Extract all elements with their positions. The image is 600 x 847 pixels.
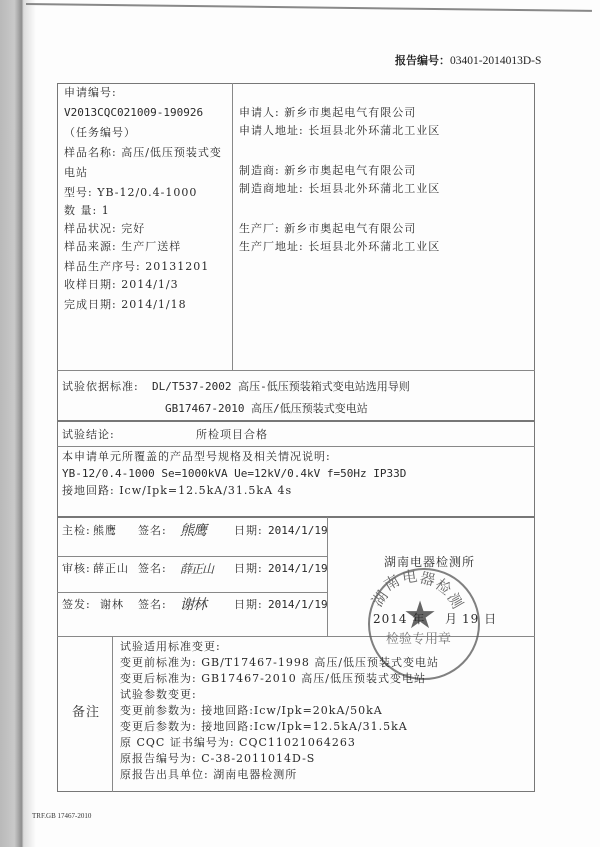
quantity: 数 量: 1 [64,204,110,218]
seal-date-month: 月 [445,612,458,626]
date-label: 日期: [234,524,263,538]
sign-label: 签名: [138,562,167,576]
person-name: 薛正山 [93,562,129,576]
completed-date: 完成日期: 2014/1/18 [64,298,187,312]
applicant-address: 申请人地址: 长垣县北外环蒲北工业区 [239,124,440,138]
divider [232,83,233,370]
divider [57,556,327,557]
task-no-note: （任务编号） [64,126,136,140]
application-no: V2013CQC021009-190926 [64,106,203,120]
sample-name-cont: 电站 [64,166,88,180]
standard-2: GB17467-2010 高压/低压预装式变电站 [165,402,368,416]
sign-date: 2014/1/19 [268,562,328,576]
person-name: 谢林 [100,598,124,612]
seal-purpose: 检验专用章 [386,628,451,647]
remark-line: 原报告出具单位: 湖南电器检测所 [120,768,297,782]
top-rule [26,3,592,12]
report-number-value: 03401-2014013D-S [450,55,541,67]
divider [57,370,535,371]
sample-serial: 样品生产序号: 20131201 [64,260,209,274]
sample-source: 样品来源: 生产厂送样 [64,240,181,254]
standards-label: 试验依据标准: [62,380,139,394]
sign-date: 2014/1/19 [268,598,328,612]
received-date: 收样日期: 2014/1/3 [64,278,179,292]
template-code: TRF.GB 17467-2010 [32,812,91,820]
remark-line: 变更前标准为: GB/T17467-1998 高压/低压预装式变电站 [120,656,439,670]
person-name: 熊鹰 [93,524,117,538]
divider [57,592,327,593]
application-no-label: 申请编号: [64,86,117,100]
remark-line: 变更后标准为: GB17467-2010 高压/低压预装式变电站 [120,672,426,686]
applicant: 申请人: 新乡市奥起电气有限公司 [239,106,416,120]
role: 签发: [62,598,91,612]
sign-label: 签名: [138,598,167,612]
conclusion-value: 所检项目合格 [196,428,268,442]
sample-condition: 样品状况: 完好 [64,222,145,236]
divider [57,516,535,518]
coverage-title: 本申请单元所覆盖的产品型号规格及相关情况说明: [62,450,331,464]
role: 审核: [62,562,91,576]
standard-1: DL/T537-2002 高压-低压预装箱式变电站选用导则 [152,380,410,394]
sign-date: 2014/1/19 [268,524,328,538]
divider [57,420,535,422]
coverage-spec: YB-12/0.4-1000 Se=1000kVA Ue=12kV/0.4kV … [62,467,406,481]
manufacturer-address: 制造商地址: 长垣县北外环蒲北工业区 [239,182,440,196]
remark-line: 试验适用标准变更: [120,640,221,654]
model: 型号: YB-12/0.4-1000 [64,186,197,200]
conclusion-label: 试验结论: [62,428,115,442]
seal-date-day: 19 日 [462,612,497,626]
remark-line: 变更后参数为: 接地回路:Icw/Ipk=12.5kA/31.5kA [120,720,408,734]
date-label: 日期: [234,598,263,612]
sign-label: 签名: [138,524,167,538]
remark-line: 原 CQC 证书编号为: CQC11021064263 [120,736,356,750]
remarks-label: 备注 [72,706,100,720]
manufacturer: 制造商: 新乡市奥起电气有限公司 [239,164,416,178]
divider [57,446,535,447]
seal-arc-char: 电 [401,565,419,588]
factory: 生产厂: 新乡市奥起电气有限公司 [239,222,416,236]
handwritten-signature: 薛正山 [180,560,213,577]
date-label: 日期: [234,562,263,576]
coverage-grounding: 接地回路: Icw/Ipk=12.5kA/31.5kA 4s [62,484,292,498]
report-number: 报告编号：03401-2014013D-S [395,52,541,68]
divider [112,636,113,792]
remark-line: 试验参数变更: [120,688,197,702]
sample-name: 样品名称: 高压/低压预装式变 [64,146,222,160]
scan-edge [0,0,24,847]
remark-line: 原报告编号为: C-38-2011014D-S [120,752,315,766]
report-number-label: 报告编号： [395,54,450,67]
remark-line: 变更前参数为: 接地回路:Icw/Ipk=20kA/50kA [120,704,383,718]
handwritten-signature: 熊鹰 [180,520,206,540]
lab-name: 湖南电器检测所 [384,555,475,569]
seal-date-year: 2014 年 [373,612,425,626]
handwritten-signature: 谢林 [180,594,206,614]
factory-address: 生产厂地址: 长垣县北外环蒲北工业区 [239,240,440,254]
role: 主检: [62,524,91,538]
